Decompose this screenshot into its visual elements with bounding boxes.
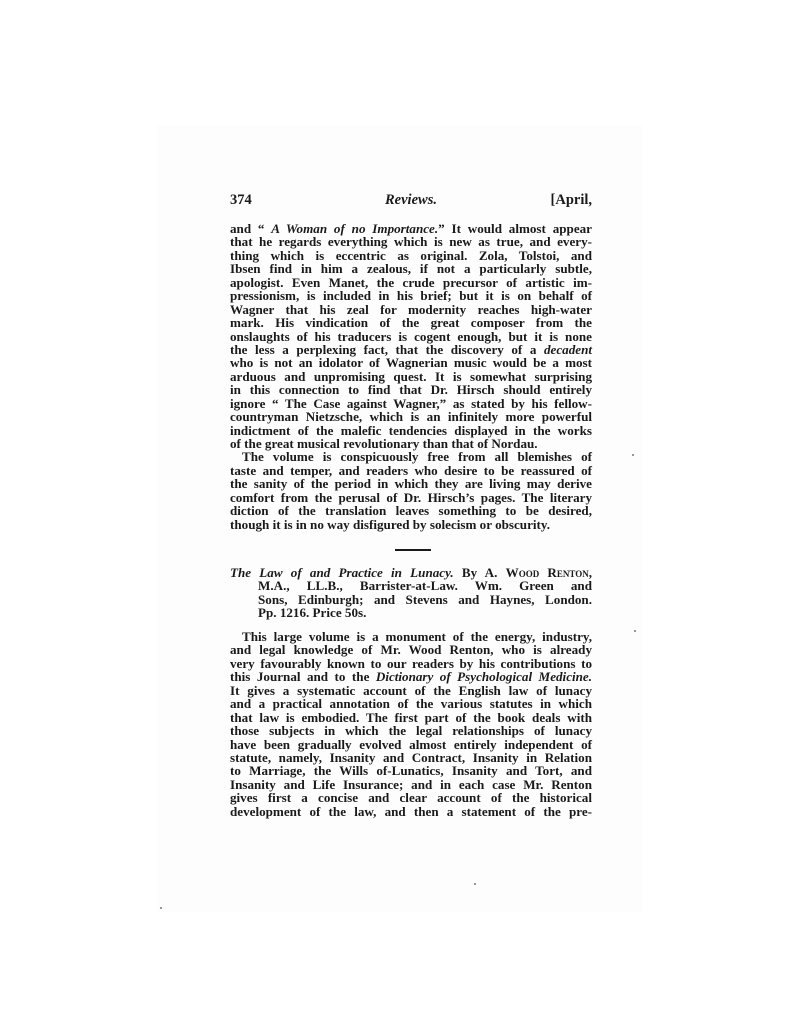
page-header: 374 Reviews. [April, — [230, 192, 592, 208]
text-line: gives first a concise and clear account … — [230, 791, 592, 804]
text-line: that he regards everything which is new … — [230, 235, 592, 248]
text-line: that law is embodied. The first part of … — [230, 711, 592, 724]
scan-speck — [160, 907, 162, 909]
text-line: diction of the translation leaves someth… — [230, 504, 592, 517]
citation-line: Sons, Edinburgh; and Stevens and Haynes,… — [230, 593, 592, 606]
text-line: Wagner that his zeal for modernity reach… — [230, 303, 592, 316]
text-line: those subjects in which the legal relati… — [230, 724, 592, 737]
section-divider — [395, 549, 431, 551]
text-line: though it is in no way disfigured by sol… — [230, 518, 592, 531]
review-2-citation: The Law of and Practice in Lunacy. By A.… — [230, 566, 592, 620]
citation-line: M.A., LL.B., Barrister-at-Law. Wm. Green… — [230, 579, 592, 592]
text-line: and “ A Woman of no Importance.” It woul… — [230, 222, 592, 235]
review-2-body: This large volume is a monument of the e… — [230, 630, 592, 818]
text-line: Ibsen find in him a zealous, if not a pa… — [230, 262, 592, 275]
text-line: It gives a systematic account of the Eng… — [230, 684, 592, 697]
issue-date: [April, — [551, 192, 592, 209]
text-line: who is not an idolator of Wagnerian musi… — [230, 356, 592, 369]
text-line: thing which is eccentric as original. Zo… — [230, 249, 592, 262]
scan-speck — [632, 454, 634, 456]
text-line: in this connection to find that Dr. Hirs… — [230, 383, 592, 396]
citation-line: Pp. 1216. Price 50s. — [230, 606, 592, 619]
citation-line: The Law of and Practice in Lunacy. By A.… — [230, 566, 592, 579]
text-line: arduous and unpromising quest. It is som… — [230, 370, 592, 383]
text-line: the less a perplexing fact, that the dis… — [230, 343, 592, 356]
text-line: the sanity of the period in which they a… — [230, 477, 592, 490]
text-line: and a practical annotation of the variou… — [230, 697, 592, 710]
review-1-paragraph-1: and “ A Woman of no Importance.” It woul… — [230, 222, 592, 531]
text-line: indictment of the malefic tendencies dis… — [230, 424, 592, 437]
scan-speck — [634, 630, 636, 632]
text-line: this Journal and to the Dictionary of Ps… — [230, 670, 592, 683]
text-line: Insanity and Life Insurance; and in each… — [230, 778, 592, 791]
text-line: development of the law, and then a state… — [230, 805, 592, 818]
text-line: to Marriage, the Wills of-Lunatics, Insa… — [230, 764, 592, 777]
text-line: ignore “ The Case against Wagner,” as st… — [230, 397, 592, 410]
text-line: apologist. Even Manet, the crude precurs… — [230, 276, 592, 289]
text-line: pressionism, is included in his brief; b… — [230, 289, 592, 302]
text-line: countryman Nietzsche, which is an infini… — [230, 410, 592, 423]
text-line: This large volume is a monument of the e… — [230, 630, 592, 643]
text-line: comfort from the perusal of Dr. Hirsch’s… — [230, 491, 592, 504]
text-line: and legal knowledge of Mr. Wood Renton, … — [230, 643, 592, 656]
text-line: statute, namely, Insanity and Contract, … — [230, 751, 592, 764]
text-line: The volume is conspicuously free from al… — [230, 450, 592, 463]
text-line: mark. His vindication of the great compo… — [230, 316, 592, 329]
running-title: Reviews. — [230, 192, 592, 209]
text-line: onslaughts of his traducers is cogent en… — [230, 330, 592, 343]
text-line: have been gradually evolved almost entir… — [230, 738, 592, 751]
scan-speck — [474, 883, 476, 885]
text-line: taste and temper, and readers who desire… — [230, 464, 592, 477]
text-line: of the great musical revolutionary than … — [230, 437, 592, 450]
text-line: very favourably known to our readers by … — [230, 657, 592, 670]
